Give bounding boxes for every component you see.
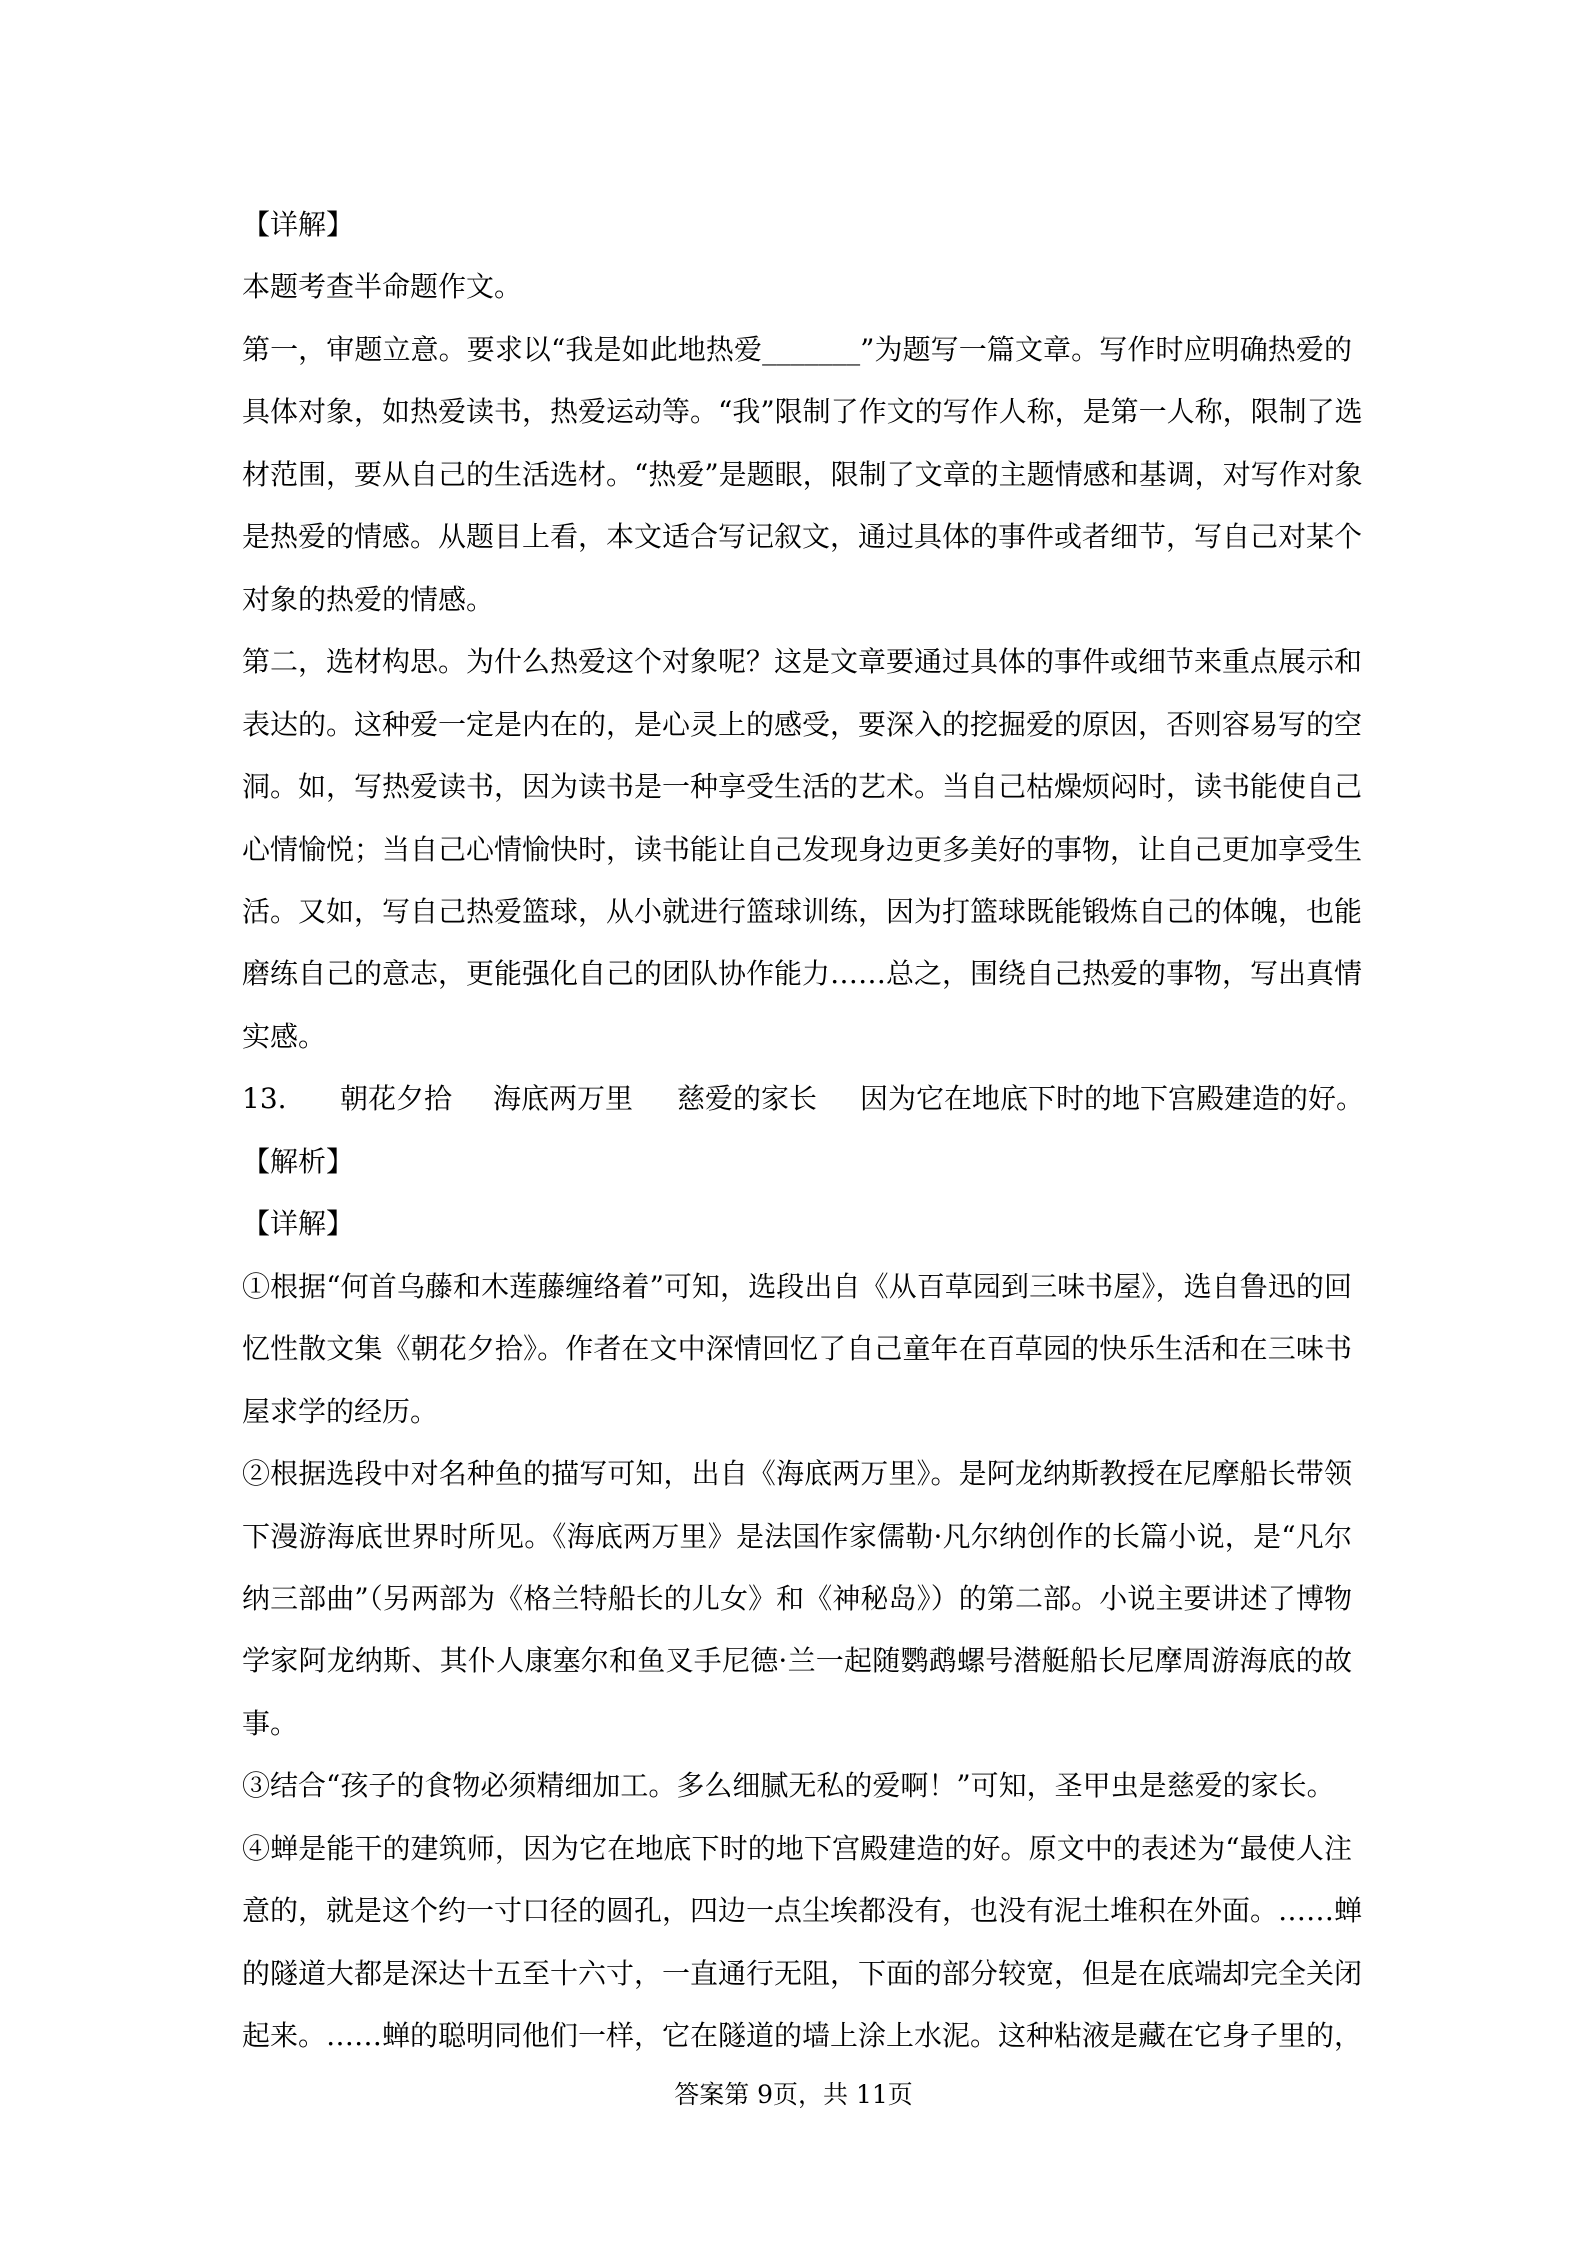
text-line: ①根据“何首乌藤和木莲藤缠络着”可知，选段出自《从百草园到三味书屋》，选自鲁迅的… [242,1256,1352,1318]
text-line: 意的，就是这个约一寸口径的圆孔，四边一点尘埃都没有，也没有泥土堆积在外面。……蝉 [242,1880,1352,1942]
text-line: 第一，审题立意。要求以“我是如此地热爱_______”为题写一篇文章。写作时应明… [242,319,1352,381]
section-heading-analysis: 【解析】 [242,1131,1352,1193]
text-line: 对象的热爱的情感。 [242,569,1352,631]
text-line: 磨练自己的意志，更能强化自己的团队协作能力……总之，围绕自己热爱的事物，写出真情 [242,943,1352,1005]
text-line: 事。 [242,1693,1352,1755]
text-line: 的隧道大都是深达十五至十六寸，一直通行无阻，下面的部分较宽，但是在底端却完全关闭 [242,1943,1352,2005]
answer-blank-1: 朝花夕拾 [340,1068,452,1130]
paragraph-intro: 本题考查半命题作文。 [242,256,1352,318]
section-heading-detail: 【详解】 [242,1193,1352,1255]
question-13-answer-line: 13. 朝花夕拾 海底两万里 慈爱的家长 因为它在地底下时的地下宫殿建造的好。 [242,1068,1352,1130]
text-line: ③结合“孩子的食物必须精细加工。多么细腻无私的爱啊！”可知，圣甲虫是慈爱的家长。 [242,1755,1352,1817]
text-line: ②根据选段中对名种鱼的描写可知，出自《海底两万里》。是阿龙纳斯教授在尼摩船长带领 [242,1443,1352,1505]
document-page: 【详解】 本题考查半命题作文。 第一，审题立意。要求以“我是如此地热爱_____… [0,0,1587,2245]
text-line: 忆性散文集《朝花夕拾》。作者在文中深情回忆了自己童年在百草园的快乐生活和在三味书 [242,1318,1352,1380]
text-line: 纳三部曲”（另两部为《格兰特船长的儿女》和《神秘岛》）的第二部。小说主要讲述了博… [242,1568,1352,1630]
text-line: ④蝉是能干的建筑师，因为它在地底下时的地下宫殿建造的好。原文中的表述为“最使人注 [242,1818,1352,1880]
text-line: 学家阿龙纳斯、其仆人康塞尔和鱼叉手尼德·兰一起随鹦鹉螺号潜艇船长尼摩周游海底的故 [242,1630,1352,1692]
text-line: 第二，选材构思。为什么热爱这个对象呢？这是文章要通过具体的事件或细节来重点展示和 [242,631,1352,693]
text-line: 洞。如，写热爱读书，因为读书是一种享受生活的艺术。当自己枯燥烦闷时，读书能使自己 [242,756,1352,818]
paragraph-step-one: 第一，审题立意。要求以“我是如此地热爱_______”为题写一篇文章。写作时应明… [242,319,1352,631]
question-number: 13. [242,1068,287,1130]
text-line: 本题考查半命题作文。 [242,256,1352,318]
paragraph-point-3: ③结合“孩子的食物必须精细加工。多么细腻无私的爱啊！”可知，圣甲虫是慈爱的家长。 [242,1755,1352,1817]
section-heading-detail: 【详解】 [242,194,1352,256]
answer-blank-2: 海底两万里 [493,1068,633,1130]
text-line: 心情愉悦；当自己心情愉快时，读书能让自己发现身边更多美好的事物，让自己更加享受生 [242,819,1352,881]
paragraph-point-4: ④蝉是能干的建筑师，因为它在地底下时的地下宫殿建造的好。原文中的表述为“最使人注… [242,1818,1352,2068]
text-line: 实感。 [242,1006,1352,1068]
text-line: 具体对象，如热爱读书，热爱运动等。“我”限制了作文的写作人称，是第一人称，限制了… [242,381,1352,443]
text-line: 下漫游海底世界时所见。《海底两万里》是法国作家儒勒·凡尔纳创作的长篇小说，是“凡… [242,1506,1352,1568]
text-line: 表达的。这种爱一定是内在的，是心灵上的感受，要深入的挖掘爱的原因，否则容易写的空 [242,694,1352,756]
page-footer: 答案第 9页，共 11页 [0,2078,1587,2112]
answer-blank-3: 慈爱的家长 [677,1068,817,1130]
answer-blank-4: 因为它在地底下时的地下宫殿建造的好。 [860,1068,1364,1130]
text-line: 材范围，要从自己的生活选材。“热爱”是题眼，限制了文章的主题情感和基调，对写作对… [242,444,1352,506]
paragraph-point-1: ①根据“何首乌藤和木莲藤缠络着”可知，选段出自《从百草园到三味书屋》，选自鲁迅的… [242,1256,1352,1443]
text-line: 屋求学的经历。 [242,1381,1352,1443]
text-column: 【详解】 本题考查半命题作文。 第一，审题立意。要求以“我是如此地热爱_____… [242,194,1352,2068]
paragraph-point-2: ②根据选段中对名种鱼的描写可知，出自《海底两万里》。是阿龙纳斯教授在尼摩船长带领… [242,1443,1352,1755]
paragraph-step-two: 第二，选材构思。为什么热爱这个对象呢？这是文章要通过具体的事件或细节来重点展示和… [242,631,1352,1068]
text-line: 起来。……蝉的聪明同他们一样，它在隧道的墙上涂上水泥。这种粘液是藏在它身子里的， [242,2005,1352,2067]
text-line: 活。又如，写自己热爱篮球，从小就进行篮球训练，因为打篮球既能锻炼自己的体魄，也能 [242,881,1352,943]
text-line: 是热爱的情感。从题目上看，本文适合写记叙文，通过具体的事件或者细节，写自己对某个 [242,506,1352,568]
